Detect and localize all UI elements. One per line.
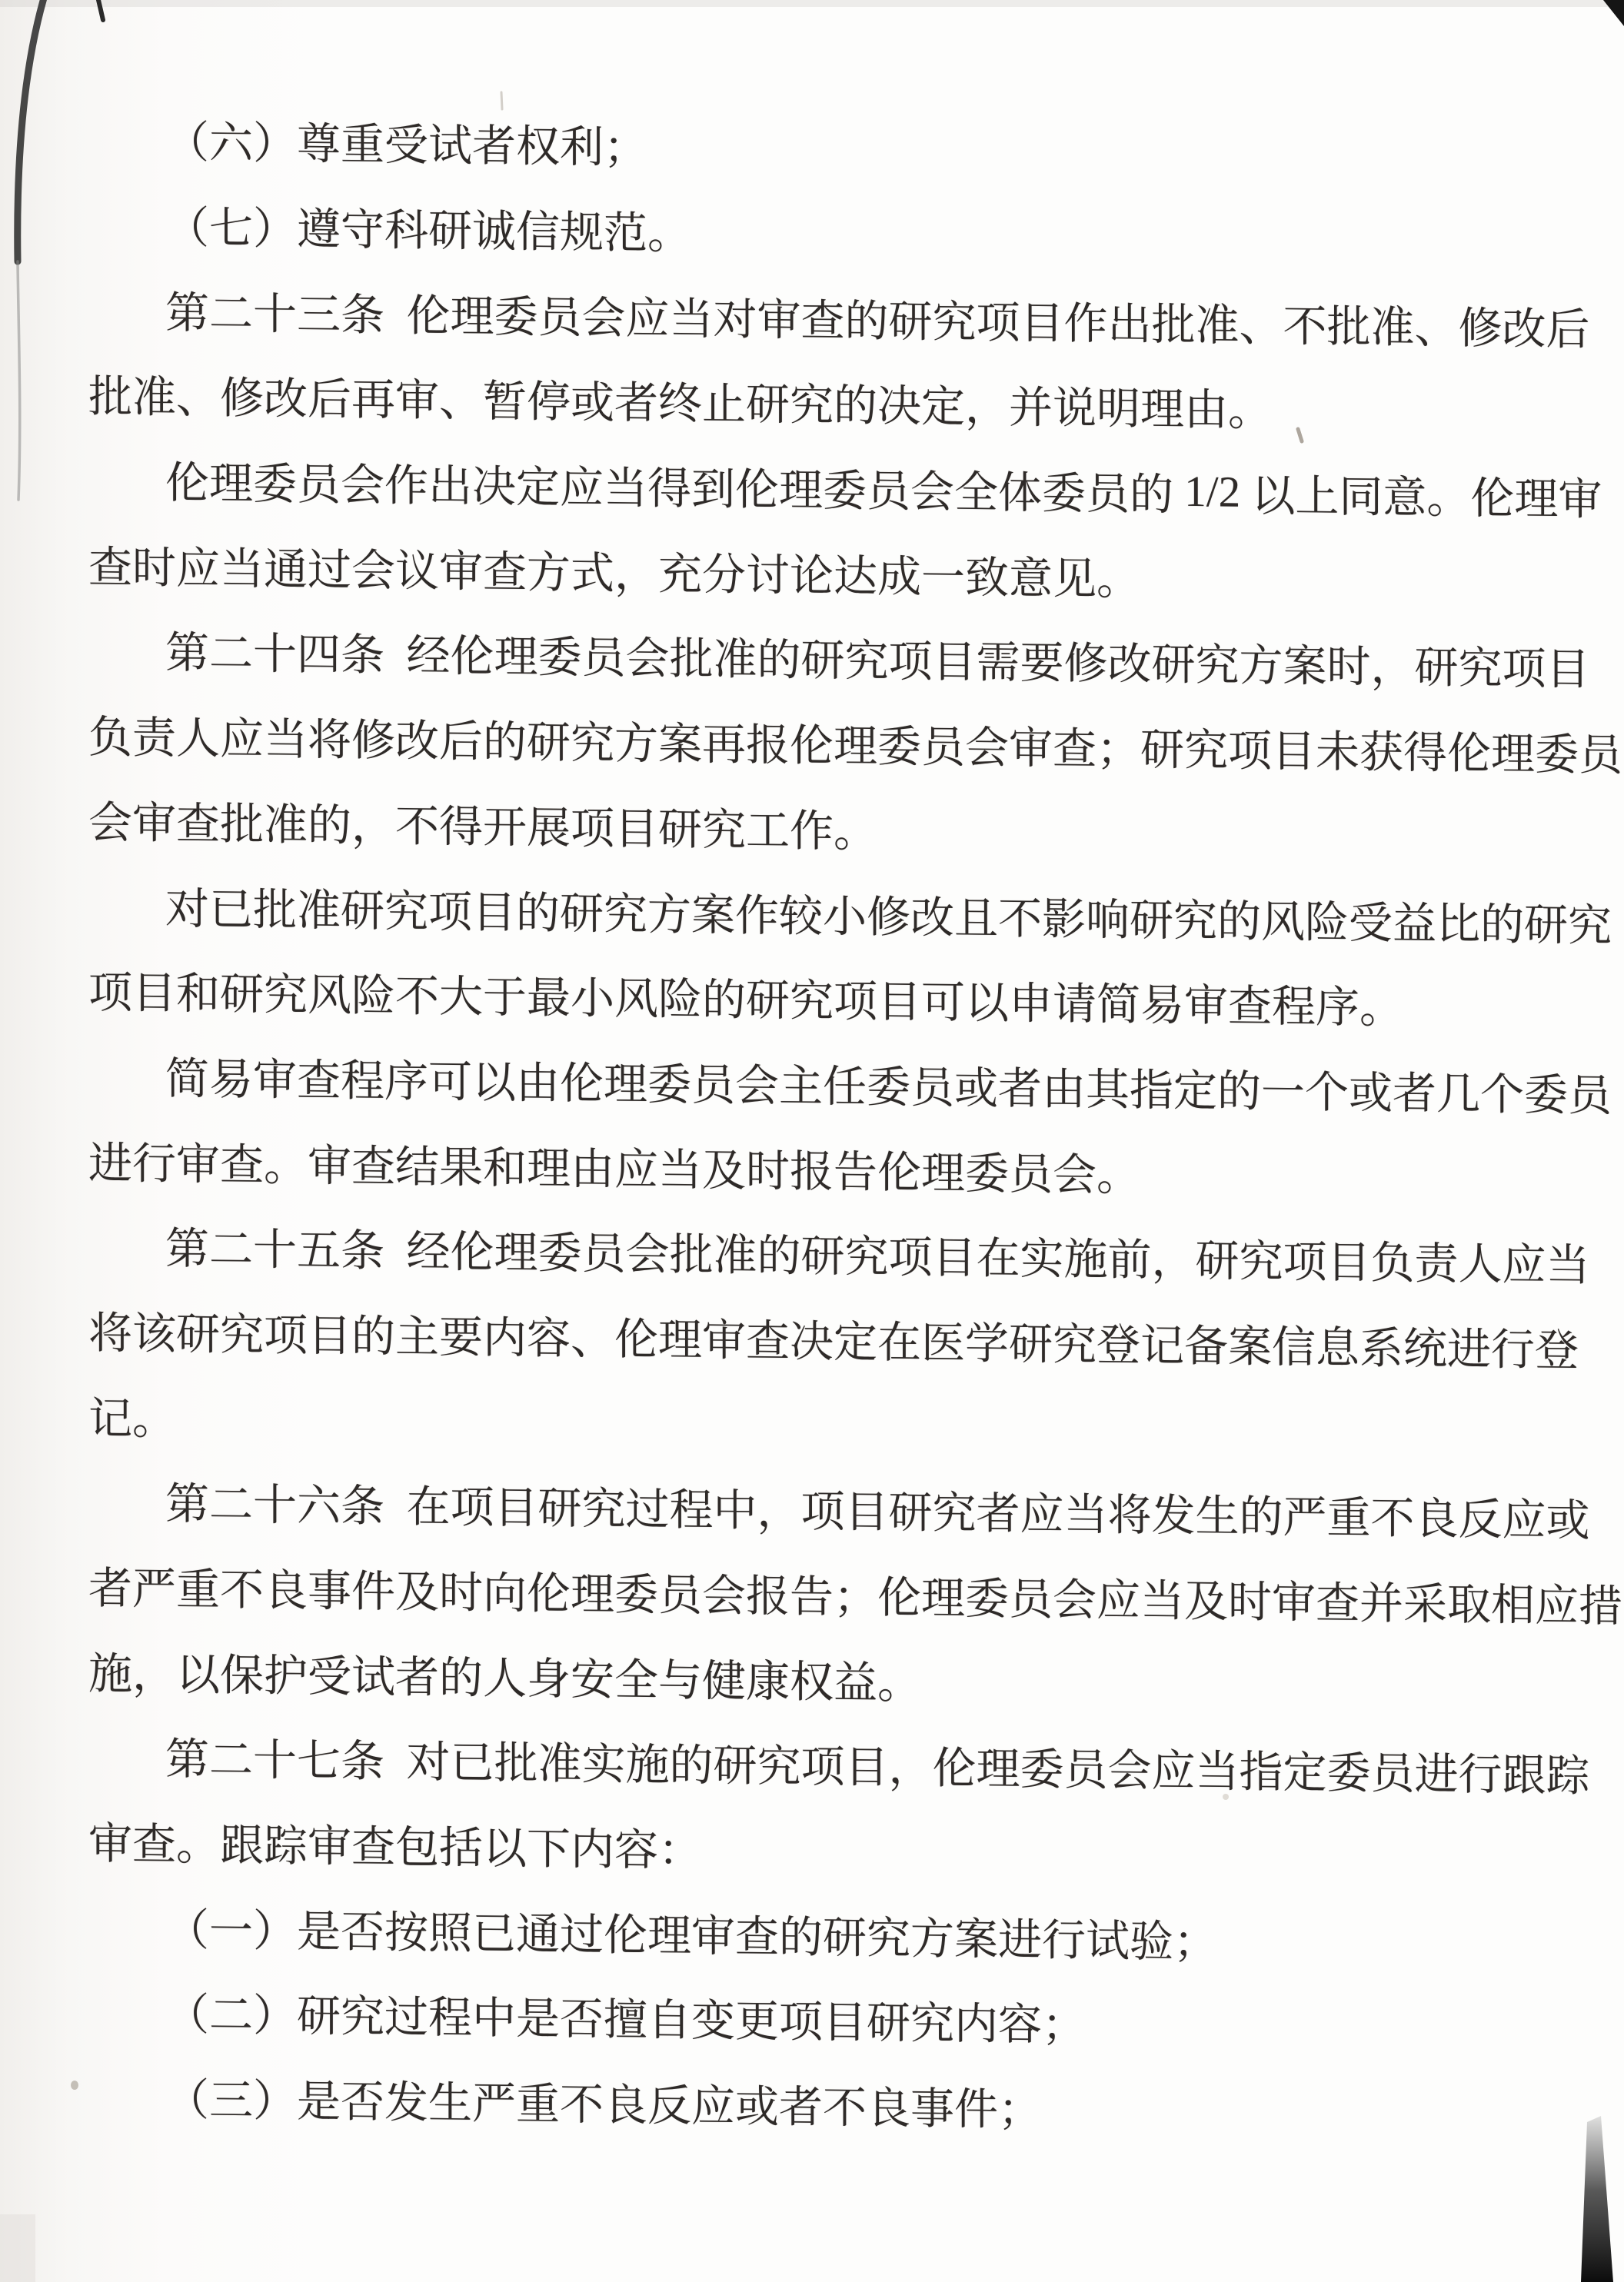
text-line: 第二十七条 对已批准实施的研究项目，伦理委员会应当指定委员进行跟踪 xyxy=(165,1713,1572,1815)
text-line: （六）尊重受试者权利； xyxy=(165,96,1572,198)
bottom-right-streak xyxy=(1581,2116,1613,2282)
bottom-left-smudge xyxy=(0,2214,35,2282)
left-edge-line-faint xyxy=(18,261,20,500)
scanned-document-page: （六）尊重受试者权利；（七）遵守科研诚信规范。第二十三条 伦理委员会应当对审查的… xyxy=(0,0,1624,2282)
top-left-tick-mark xyxy=(98,0,103,20)
text-line: （三）是否发生严重不良反应或者不良事件； xyxy=(165,2054,1572,2155)
text-line: 第二十六条 在项目研究过程中，项目研究者应当将发生的严重不良反应或 xyxy=(165,1458,1572,1559)
text-line: 第二十五条 经伦理委员会批准的研究项目在实施前，研究项目负责人应当 xyxy=(165,1203,1572,1304)
document-body: （六）尊重受试者权利；（七）遵守科研诚信规范。第二十三条 伦理委员会应当对审查的… xyxy=(88,95,1572,2155)
text-line: 伦理委员会作出决定应当得到伦理委员会全体委员的 1/2 以上同意。伦理审 xyxy=(165,437,1572,538)
text-line: （一）是否按照已通过伦理审查的研究方案进行试验； xyxy=(165,1884,1572,1985)
left-edge-line xyxy=(18,0,45,261)
text-line: 第二十四条 经伦理委员会批准的研究项目需要修改研究方案时，研究项目 xyxy=(165,607,1572,708)
text-line: 对已批准研究项目的研究方案作较小修改且不影响研究的风险受益比的研究 xyxy=(165,862,1572,963)
top-edge-shadow xyxy=(0,0,1624,7)
text-line: （二）研究过程中是否擅自变更项目研究内容； xyxy=(165,1968,1572,2070)
text-line: 第二十三条 伦理委员会应当对审查的研究项目作出批准、不批准、修改后 xyxy=(165,267,1572,368)
text-line: （七）遵守科研诚信规范。 xyxy=(165,181,1572,283)
corner-fold-mark xyxy=(1603,0,1624,26)
speck-mark xyxy=(71,2081,78,2090)
text-line: 简易审查程序可以由伦理委员会主任委员或者由其指定的一个或者几个委员 xyxy=(165,1033,1572,1134)
